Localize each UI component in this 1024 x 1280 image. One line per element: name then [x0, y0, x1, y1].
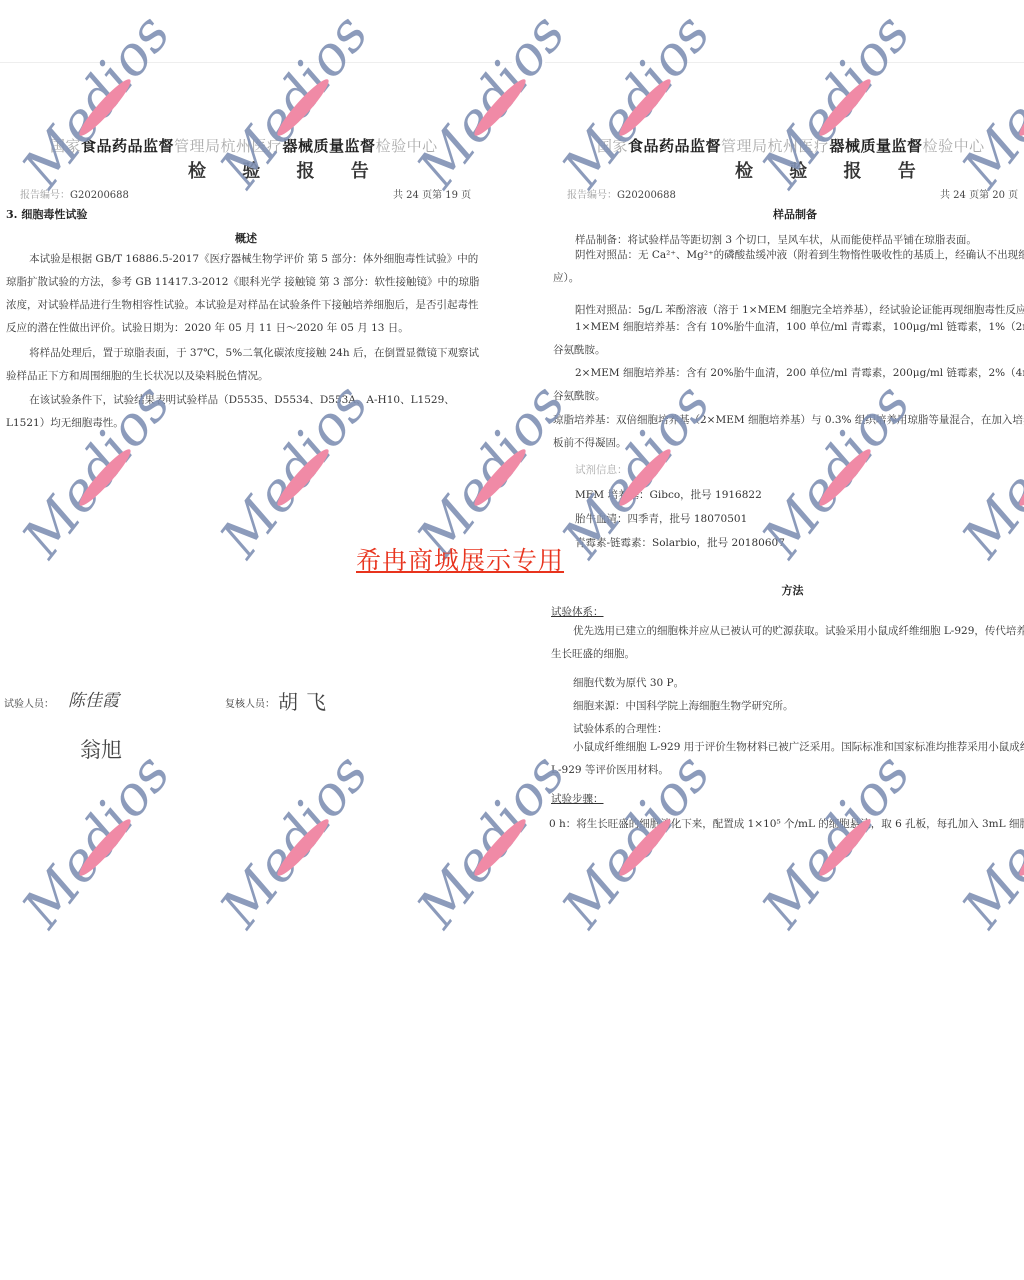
steps-label: 试验步骤：: [551, 791, 604, 806]
reagent-mem: MEM 培养基：Gibco，批号 1916822: [575, 487, 762, 502]
report-title: 检 验 报 告: [188, 157, 384, 183]
page-edge: [0, 62, 512, 63]
page-info: 共 24 页第 19 页: [393, 186, 471, 201]
section-title: 3. 细胞毒性试验: [6, 206, 87, 222]
positive-control: 阳性对照品：5g/L 苯酚溶液（溶于 1×MEM 细胞完全培养基），经试验论证能…: [575, 302, 1024, 317]
reviewer-label: 复核人员：: [225, 695, 275, 710]
reagent-antibiotic: 青霉素-链霉素：Solarbio，批号 20180607: [575, 535, 785, 550]
cell-source: 细胞来源：中国科学院上海细胞生物学研究所。: [573, 698, 794, 713]
test-system-label: 试验体系：: [551, 604, 604, 619]
tester-label: 试验人员：: [4, 695, 54, 710]
report-page-20: 国家食品药品监督管理局杭州医疗器械质量监督检验中心 检 验 报 告 报告编号：G…: [545, 62, 1024, 907]
medium-1x: 1×MEM 细胞培养基：含有 10%胎牛血清，100 单位/ml 青霉素，100…: [553, 316, 1024, 362]
method-heading: 方法: [545, 582, 1024, 598]
page-info: 共 24 页第 20 页: [940, 186, 1018, 201]
tester-signature-2: 翁旭: [80, 734, 122, 764]
report-page-19: 国家食品药品监督管理局杭州医疗器械质量监督检验中心 检 验 报 告 报告编号：G…: [0, 62, 512, 907]
report-title: 检 验 报 告: [735, 157, 931, 183]
org-name: 国家食品药品监督管理局杭州医疗器械质量监督检验中心: [50, 135, 438, 156]
test-system-desc: 优先选用已建立的细胞株并应从已被认可的贮源获取。试验采用小鼠成纤维细胞 L-92…: [551, 620, 1024, 666]
tester-signature-1: 陈佳霞: [68, 686, 119, 711]
org-name: 国家食品药品监督管理局杭州医疗器械质量监督检验中心: [597, 135, 985, 156]
cell-passage: 细胞代数为原代 30 P。: [573, 675, 684, 690]
negative-control: 阴性对照品：无 Ca²⁺、Mg²⁺的磷酸盐缓冲液（附着到生物惰性吸收性的基质上，…: [553, 244, 1024, 290]
overview-paragraph-1: 本试验是根据 GB/T 16886.5-2017《医疗器械生物学评价 第 5 部…: [6, 248, 488, 340]
report-number: 报告编号：G20200688: [567, 186, 676, 201]
rationale-desc: 小鼠成纤维细胞 L-929 用于评价生物材料已被广泛采用。国际标准和国家标准均推…: [551, 736, 1024, 782]
reagent-serum: 胎牛血清：四季青，批号 18070501: [575, 511, 747, 526]
report-number: 报告编号：G20200688: [20, 186, 129, 201]
overview-heading: 概述: [0, 230, 492, 246]
overview-paragraph-2: 将样品处理后，置于琼脂表面，于 37℃，5%二氧化碳浓度接触 24h 后，在倒置…: [6, 342, 488, 388]
display-only-banner: 希冉商城展示专用: [356, 541, 564, 577]
rationale-label: 试验体系的合理性：: [573, 721, 668, 736]
sample-heading: 样品制备: [545, 206, 1024, 222]
reviewer-signature: 胡飞: [278, 686, 334, 715]
agar-medium: 琼脂培养基：双倍细胞培养基（2×MEM 细胞培养基）与 0.3% 组织培养用琼脂…: [553, 409, 1024, 455]
page-edge: [545, 62, 1024, 63]
overview-paragraph-3: 在该试验条件下，试验结果表明试验样品（D5535、D5534、D553A、A-H…: [6, 389, 488, 435]
step-0h: 0 h：将生长旺盛的细胞消化下来，配置成 1×10⁵ 个/mL 的细胞悬液，取 …: [549, 816, 1024, 831]
reagent-heading: 试剂信息：: [575, 462, 628, 477]
medium-2x: 2×MEM 细胞培养基：含有 20%胎牛血清，200 单位/ml 青霉素，200…: [553, 362, 1024, 408]
